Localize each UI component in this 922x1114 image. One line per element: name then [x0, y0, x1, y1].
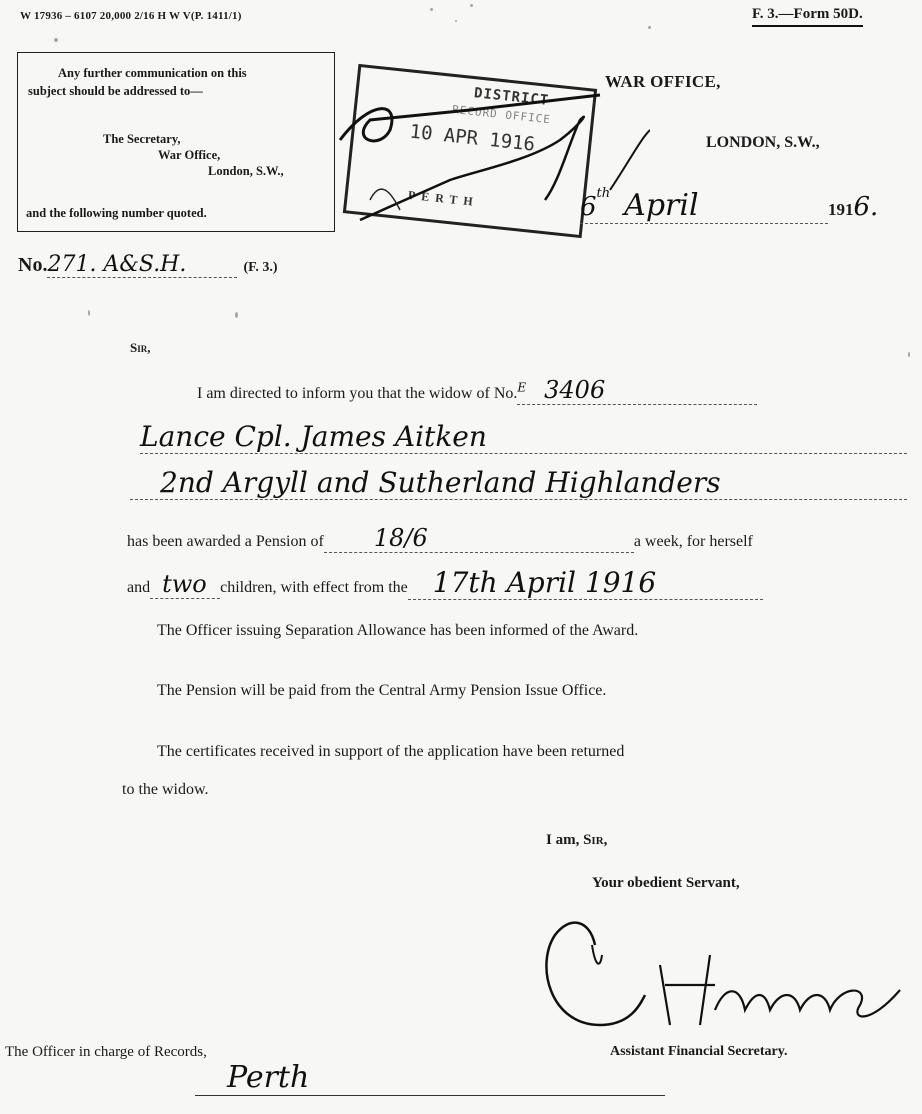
form-number: F. 3.—Form 50D. [752, 6, 863, 27]
pension-prefix: has been awarded a Pension of [127, 533, 324, 550]
address-line-5: London, S.W., [208, 163, 284, 180]
paper-speck [430, 8, 433, 11]
pension-line: has been awarded a Pension of18/6a week,… [127, 524, 907, 553]
paper-speck [470, 4, 473, 7]
date-month: April [624, 188, 698, 223]
closing-prefix: I am, [546, 832, 583, 848]
date-day: 6 [580, 192, 597, 222]
address-line-4: War Office, [158, 147, 220, 164]
letter-date: 6thApril 1916. [580, 186, 910, 224]
children-mid: children, with effect from the [220, 579, 408, 596]
reference-number: No.271. A&S.H.(F. 3.) [18, 252, 278, 278]
paper-speck [908, 352, 910, 357]
print-code: W 17936 – 6107 20,000 2/16 H W V(P. 1411… [20, 10, 242, 22]
salutation: Sir, [130, 340, 150, 356]
reference-form: (F. 3.) [243, 260, 277, 275]
date-year-printed: 191 [828, 200, 854, 219]
children-count: two [162, 570, 207, 598]
pension-amount: 18/6 [374, 524, 428, 552]
pension-suffix: a week, for herself [634, 533, 753, 550]
letterhead-office: WAR OFFICE, [605, 72, 721, 92]
addressee-place: Perth [195, 1060, 665, 1096]
date-year-hand: 6. [854, 192, 879, 222]
intro-text: I am directed to inform you that the wid… [197, 385, 517, 402]
soldier-number-blank: E3406 [517, 376, 757, 405]
closing-sir: Sir, [583, 832, 607, 848]
date-day-suffix: th [597, 186, 611, 201]
paper-speck [88, 310, 90, 316]
children-prefix: and [127, 579, 150, 596]
address-line-1: Any further communication on this [58, 65, 247, 82]
intro-line: I am directed to inform you that the wid… [197, 376, 907, 405]
battalion: 2nd Argyll and Sutherland Highlanders [130, 466, 907, 500]
form-number-prefix: F. 3.—Form [752, 6, 833, 22]
paper-speck [235, 312, 238, 318]
reference-label: No. [18, 254, 47, 276]
effective-date-blank: 17th April 1916 [408, 566, 763, 600]
closing-line-2: Your obedient Servant, [592, 875, 740, 892]
reference-value: 271. A&S.H. [47, 252, 237, 278]
soldier-name-line: Lance Cpl. James Aitken [140, 420, 907, 454]
paper-speck [54, 38, 58, 42]
address-instruction-box: Any further communication on this subjec… [17, 52, 335, 232]
form-number-suffix: 50D. [833, 6, 863, 22]
closing-line-1: I am, Sir, [546, 832, 607, 849]
children-blank: two [150, 570, 220, 599]
children-line: andtwochildren, with effect from the17th… [127, 566, 907, 600]
address-line-6: and the following number quoted. [26, 205, 207, 222]
paragraph-separation-allowance: The Officer issuing Separation Allowance… [157, 622, 638, 640]
paragraph-certificates-cont: to the widow. [122, 781, 209, 799]
date-blank: 6thApril [580, 186, 828, 224]
paragraph-certificates: The certificates received in support of … [157, 743, 909, 761]
pension-blank: 18/6 [324, 524, 634, 553]
address-line-3: The Secretary, [103, 131, 181, 148]
signature-c-harris-icon [540, 915, 910, 1035]
signatory-title: Assistant Financial Secretary. [610, 1044, 787, 1060]
soldier-number: 3406 [544, 376, 605, 404]
address-line-2: subject should be addressed to— [28, 83, 203, 100]
letterhead-city: LONDON, S.W., [706, 134, 820, 152]
paper-speck [648, 26, 651, 29]
effective-date: 17th April 1916 [433, 566, 656, 599]
battalion-line: 2nd Argyll and Sutherland Highlanders [130, 466, 907, 500]
paper-speck [455, 20, 457, 22]
regiment-prefix: E [517, 381, 526, 395]
addressee-label: The Officer in charge of Records, [5, 1044, 207, 1061]
paragraph-pension-office: The Pension will be paid from the Centra… [157, 682, 606, 700]
soldier-rank-name: Lance Cpl. James Aitken [140, 420, 907, 454]
